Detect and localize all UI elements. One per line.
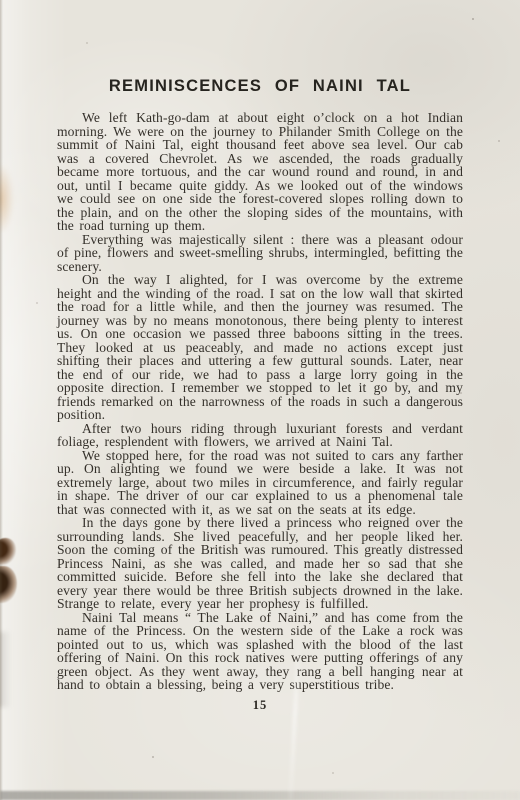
book-page: REMINISCENCES OF NAINI TAL We left Kath-… — [0, 0, 520, 800]
page-number: 15 — [0, 698, 520, 713]
paragraph: Everything was majestically silent : the… — [57, 233, 463, 274]
spine-edge — [0, 0, 3, 800]
paragraph: We left Kath-go-dam at about eight o’clo… — [57, 111, 463, 233]
bottom-edge-shadow — [0, 791, 520, 800]
page-body: We left Kath-go-dam at about eight o’clo… — [57, 111, 463, 692]
paper-specks — [0, 0, 2, 2]
paragraph: On the way I alighted, for I was overcom… — [57, 273, 463, 422]
paragraph: After two hours riding through luxuriant… — [57, 422, 463, 449]
paragraph: We stopped here, for the road was not su… — [57, 449, 463, 517]
page-title: REMINISCENCES OF NAINI TAL — [0, 0, 520, 96]
paragraph: Naini Tal means “ The Lake of Naini,” an… — [57, 611, 463, 692]
paragraph: In the days gone by there lived a prince… — [57, 516, 463, 611]
